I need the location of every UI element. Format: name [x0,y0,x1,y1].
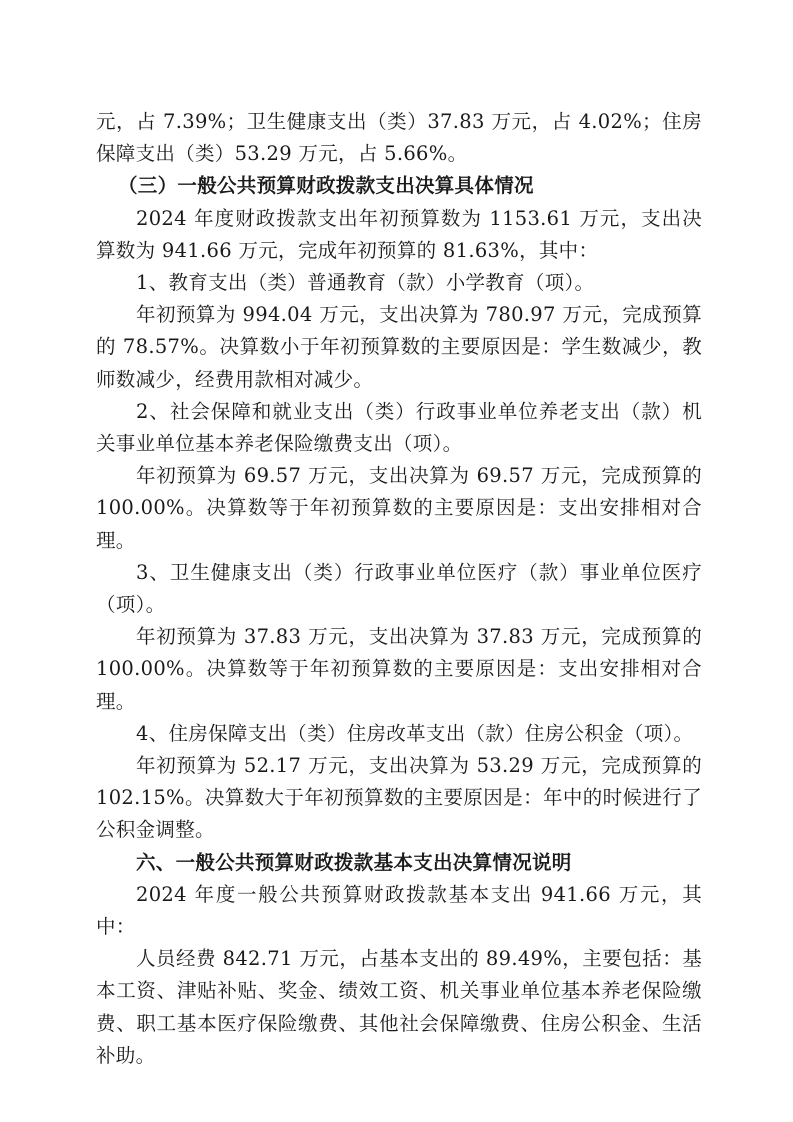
paragraph-personnel-expenses: 人员经费 842.71 万元，占基本支出的 89.49%，主要包括：基本工资、津… [96,943,702,1072]
item-2-social-security-title: 2、社会保障和就业支出（类）行政事业单位养老支出（款）机关事业单位基本养老保险缴… [96,396,702,460]
heading-basic-expenditure: 六、一般公共预算财政拨款基本支出决算情况说明 [96,847,702,879]
item-3-health-detail: 年初预算为 37.83 万元，支出决算为 37.83 万元，完成预算的 100.… [96,621,702,718]
heading-general-budget-specific: （三）一般公共预算财政拨款支出决算具体情况 [96,170,702,202]
paragraph-expenditure-share-continued: 元，占 7.39%；卫生健康支出（类）37.83 万元，占 4.02%；住房保障… [96,106,702,170]
item-3-health-title: 3、卫生健康支出（类）行政事业单位医疗（款）事业单位医疗（项）。 [96,557,702,621]
paragraph-basic-expenditure-summary: 2024 年度一般公共预算财政拨款基本支出 941.66 万元，其中： [96,879,702,943]
item-1-education-detail: 年初预算为 994.04 万元，支出决算为 780.97 万元，完成预算的 78… [96,299,702,396]
paragraph-budget-summary: 2024 年度财政拨款支出年初预算数为 1153.61 万元，支出决算数为 94… [96,203,702,267]
item-4-housing-detail: 年初预算为 52.17 万元，支出决算为 53.29 万元，完成预算的 102.… [96,750,702,847]
item-1-education-title: 1、教育支出（类）普通教育（款）小学教育（项）。 [96,267,702,299]
item-2-social-security-detail: 年初预算为 69.57 万元，支出决算为 69.57 万元，完成预算的 100.… [96,460,702,557]
item-4-housing-title: 4、住房保障支出（类）住房改革支出（款）住房公积金（项）。 [96,718,702,750]
document-page: 元，占 7.39%；卫生健康支出（类）37.83 万元，占 4.02%；住房保障… [96,106,702,1072]
